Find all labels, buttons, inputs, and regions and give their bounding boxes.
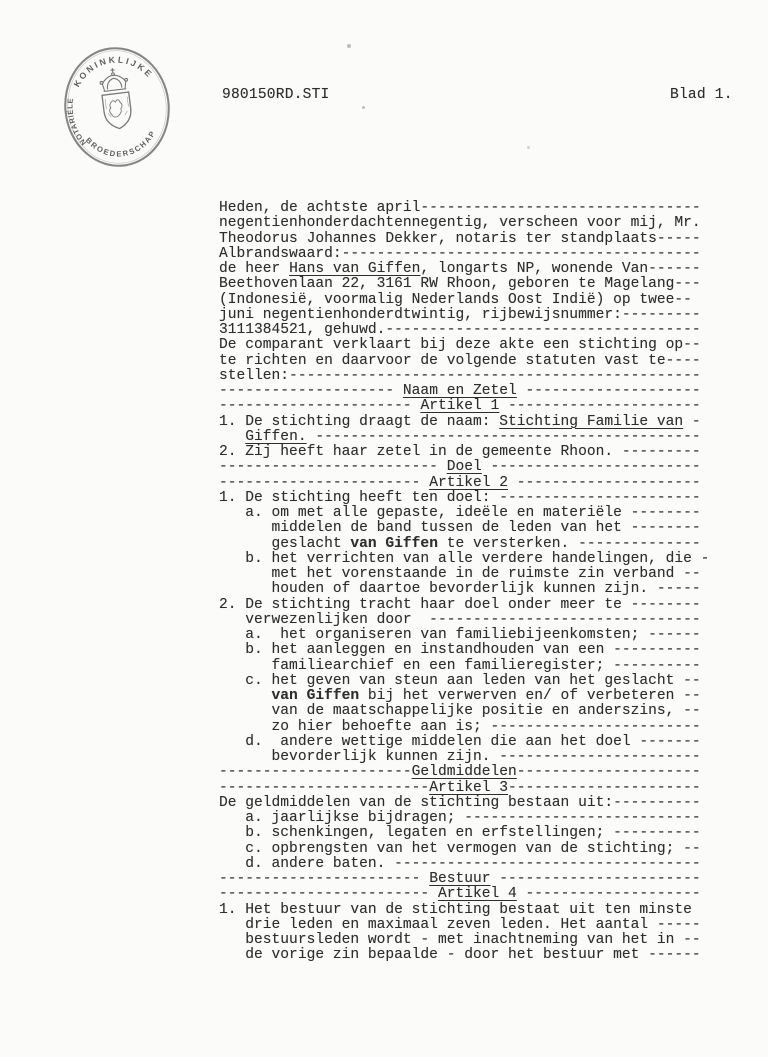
- document-line: stellen:--------------------------------…: [219, 369, 709, 384]
- document-line: van Giffen bij het verwerven en/ of verb…: [219, 689, 709, 704]
- document-line: de vorige zin bepaalde - door het bestuu…: [219, 948, 709, 963]
- document-line: 1. De stichting heeft ten doel: --------…: [219, 491, 709, 506]
- document-line: familiearchief en een familieregister; -…: [219, 659, 709, 674]
- notary-seal: KONINKLIJKE NOTARIËLE BROEDERSCHAP: [53, 38, 182, 177]
- document-line: ------------------------ Artikel 4 -----…: [219, 887, 709, 902]
- document-line: Heden, de achtste april-----------------…: [219, 201, 709, 216]
- scanned-notary-deed-page: KONINKLIJKE NOTARIËLE BROEDERSCHAP 98015…: [0, 0, 768, 1057]
- document-line: ----------------------- Artikel 2 ------…: [219, 476, 709, 491]
- document-line: negentienhonderdachtennegentig, verschee…: [219, 216, 709, 231]
- document-line: juni negentienhonderdtwintig, rijbewijsn…: [219, 308, 709, 323]
- document-line: Albrandswaard:--------------------------…: [219, 247, 709, 262]
- scan-speck: [527, 146, 530, 149]
- document-line: c. opbrengsten van het vermogen van de s…: [219, 842, 709, 857]
- document-line: ----------------------Geldmiddelen------…: [219, 765, 709, 780]
- document-line: De geldmiddelen van de stichting bestaan…: [219, 796, 709, 811]
- document-reference: 980150RD.STI: [222, 87, 330, 103]
- document-line: b. het aanleggen en instandhouden van ee…: [219, 643, 709, 658]
- document-line: a. om met alle gepaste, ideële en materi…: [219, 506, 709, 521]
- document-body: Heden, de achtste april-----------------…: [219, 201, 709, 964]
- document-line: ----------------------- Bestuur --------…: [219, 872, 709, 887]
- document-line: ------------------------Artikel 3-------…: [219, 781, 709, 796]
- document-line: b. schenkingen, legaten en erfstellingen…: [219, 826, 709, 841]
- document-line: ------------------------- Doel ---------…: [219, 460, 709, 475]
- document-line: 2. De stichting tracht haar doel onder m…: [219, 598, 709, 613]
- document-line: De comparant verklaart bij deze akte een…: [219, 338, 709, 353]
- document-line: 1. De stichting draagt de naam: Stichtin…: [219, 415, 709, 430]
- document-line: houden of daartoe bevorderlijk kunnen zi…: [219, 582, 709, 597]
- document-line: middelen de band tussen de leden van het…: [219, 521, 709, 536]
- document-line: Beethovenlaan 22, 3161 RW Rhoon, geboren…: [219, 277, 709, 292]
- seal-text-bottom: BROEDERSCHAP: [83, 127, 160, 162]
- document-line: bestuursleden wordt - met inachtneming v…: [219, 933, 709, 948]
- document-line: 2. Zij heeft haar zetel in de gemeente R…: [219, 445, 709, 460]
- document-line: de heer Hans van Giffen, longarts NP, wo…: [219, 262, 709, 277]
- document-line: met het vorenstaande in de ruimste zin v…: [219, 567, 709, 582]
- document-line: Giffen. --------------------------------…: [219, 430, 709, 445]
- document-line: (Indonesië, voormalig Nederlands Oost In…: [219, 293, 709, 308]
- document-line: a. jaarlijkse bijdragen; ---------------…: [219, 811, 709, 826]
- document-line: drie leden en maximaal zeven leden. Het …: [219, 918, 709, 933]
- document-line: van de maatschappelijke positie en ander…: [219, 704, 709, 719]
- scan-speck: [347, 44, 351, 48]
- document-line: b. het verrichten van alle verdere hande…: [219, 552, 709, 567]
- document-line: a. het organiseren van familiebijeenkoms…: [219, 628, 709, 643]
- document-line: c. het geven van steun aan leden van het…: [219, 674, 709, 689]
- seal-shield-icon: [102, 92, 133, 130]
- document-line: geslacht van Giffen te versterken. -----…: [219, 537, 709, 552]
- document-line: bevorderlijk kunnen zijn. --------------…: [219, 750, 709, 765]
- document-line: verwezenlijken door --------------------…: [219, 613, 709, 628]
- document-line: 1. Het bestuur van de stichting bestaat …: [219, 903, 709, 918]
- document-line: d. andere baten. -----------------------…: [219, 857, 709, 872]
- document-line: d. andere wettige middelen die aan het d…: [219, 735, 709, 750]
- document-line: te richten en daarvoor de volgende statu…: [219, 354, 709, 369]
- seal-crown-icon: [98, 66, 128, 91]
- page-number-label: Blad 1.: [670, 87, 733, 103]
- scan-speck: [362, 106, 365, 109]
- document-line: 3111384521, gehuwd.---------------------…: [219, 323, 709, 338]
- document-line: Theodorus Johannes Dekker, notaris ter s…: [219, 232, 709, 247]
- document-line: zo hier behoefte aan is; ---------------…: [219, 720, 709, 735]
- document-line: ---------------------- Artikel 1 -------…: [219, 399, 709, 414]
- document-line: -------------------- Naam en Zetel -----…: [219, 384, 709, 399]
